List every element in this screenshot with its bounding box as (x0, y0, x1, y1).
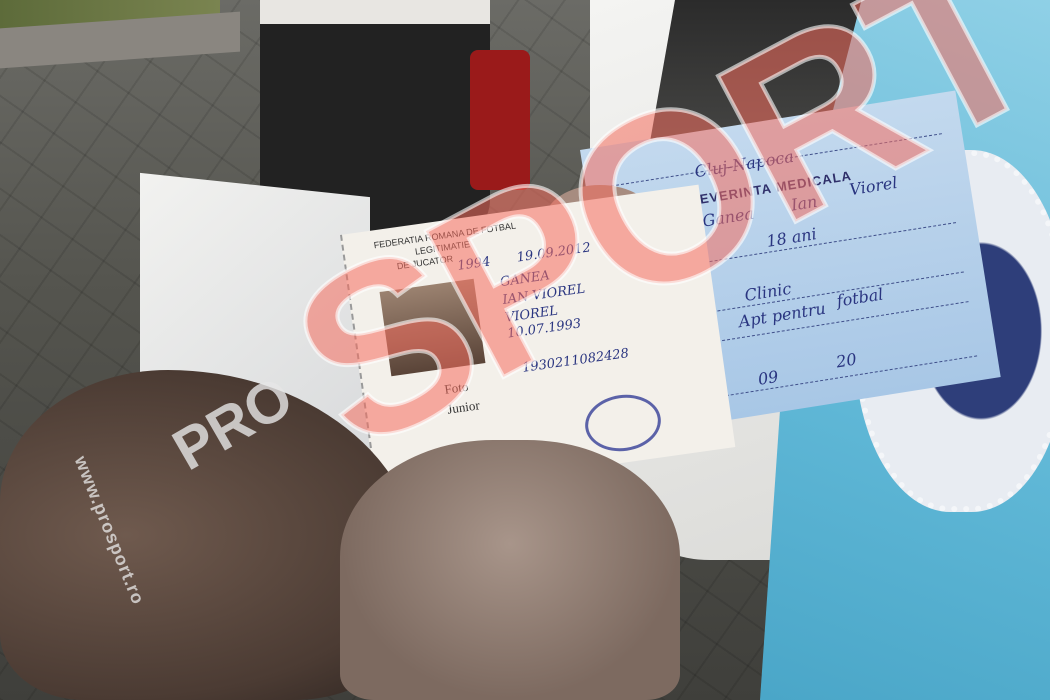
handwriting-year: 20 (835, 349, 858, 371)
handwriting-sport: fotbal (835, 284, 884, 310)
handwriting-day: 09 (757, 367, 780, 389)
